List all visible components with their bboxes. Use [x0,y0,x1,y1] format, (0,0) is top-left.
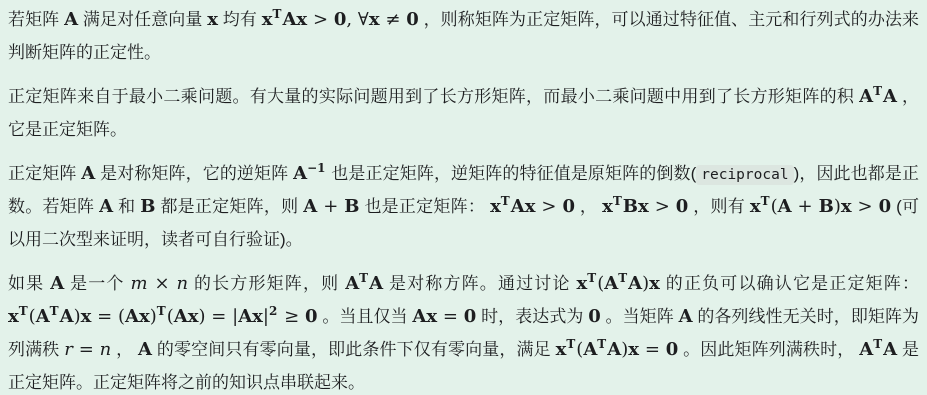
math-bold-run: B [140,196,155,217]
math-bold-run: x [369,9,380,30]
text-run: 如果 [8,274,50,293]
math-superscript: T [587,271,596,285]
text-run: 满足对任意向量 [78,10,207,29]
text-run: 都是正定矩阵，则 [155,197,303,216]
math-superscript: T [501,194,510,208]
text-run: 。因此矩阵列满秩时， [678,340,859,359]
math-bold-run: x [556,339,567,360]
math-run: = [437,306,464,327]
math-bold-run: 0 [588,306,601,327]
math-bold-run: Bx [623,196,649,217]
text-run: 。当矩阵 [601,307,679,326]
math-bold-run: 0 [666,339,679,360]
math-bold-run: A [859,339,873,360]
math-bold-run: 0 [562,196,575,217]
math-bold-run: 0 [305,306,318,327]
text-run: ， [111,340,138,359]
math-run: , ∀ [346,9,368,30]
text-run: 正定矩阵来自于最小二乘问题。有大量的实际问题用到了长方形矩阵，而最小二乘问题中用… [8,87,859,106]
math-bold-run: x [841,196,852,217]
math-bold-run: 0 [676,196,689,217]
math-run: = [639,339,666,360]
math-superscript: T [761,194,770,208]
text-run: 的零空间只有零向量，即此条件下仅有零向量，满足 [152,340,556,359]
math-run: ( [771,196,778,217]
math-bold-run: x [577,273,588,294]
math-bold-run: Ax [174,306,199,327]
math-superscript: T [873,337,882,351]
text-run: 的正负可以确认它是正定矩阵： [660,274,919,293]
math-italic-run: r [64,339,73,360]
text-run: 。当且仅当 [318,307,413,326]
math-italic-run: n [176,273,188,294]
math-bold-run: A [50,273,64,294]
text-run: ，则有 [688,197,750,216]
math-bold-run: A [883,86,897,107]
math-bold-run: A [81,163,95,184]
math-superscript: T [566,337,575,351]
math-bold-run: x [81,306,92,327]
math-bold-run: B [344,196,359,217]
math-superscript: T [273,7,282,21]
paragraph: 如果 A 是一个 m × n 的长方形矩阵，则 ATA 是对称方阵。通过讨论 x… [8,268,919,395]
math-superscript: T [359,271,368,285]
math-bold-run: 0 [879,196,892,217]
math-bold-run: x [262,9,273,30]
math-run: > [852,196,879,217]
math-superscript: T [873,84,882,98]
math-bold-run: Ax [282,9,307,30]
math-bold-run: A [883,339,897,360]
text-run: 是一个 [64,274,130,293]
math-bold-run: x [750,196,761,217]
text-run: 时，表达式为 [476,307,588,326]
math-run: = [73,339,100,360]
math-bold-run: x [207,9,218,30]
math-run: + [792,196,819,217]
math-run: ( [118,306,125,327]
math-bold-run: A [64,9,78,30]
math-run: = [205,306,232,327]
math-superscript: −1 [307,161,325,175]
text-run: 也是正定矩阵： [359,197,490,216]
math-run: × [148,273,177,294]
math-bold-run: A [60,306,74,327]
document: 若矩阵 A 满足对任意向量 x 均有 xTAx > 0, ∀x ≠ 0 ，则称矩… [0,0,927,395]
math-bold-run: A [628,273,642,294]
text-run: 也是正定矩阵，逆矩阵的特征值是原矩阵的倒数( [326,164,696,183]
math-bold-run: Ax [125,306,150,327]
math-italic-run: m [131,273,148,294]
inline-code: reciprocal [696,165,793,185]
math-bold-run: A [583,339,597,360]
text-run: ， [575,197,602,216]
math-bold-run: A [99,196,113,217]
paragraph: 若矩阵 A 满足对任意向量 x 均有 xTAx > 0, ∀x ≠ 0 ，则称矩… [8,4,919,69]
math-bold-run: A [778,196,792,217]
paragraph: 正定矩阵来自于最小二乘问题。有大量的实际问题用到了长方形矩阵，而最小二乘问题中用… [8,81,919,146]
math-bold-run: A [369,273,383,294]
math-run: ) [834,196,841,217]
math-run: ( [29,306,36,327]
math-bold-run: x [8,306,19,327]
math-bold-run: A [303,196,317,217]
math-bold-run: x [602,196,613,217]
math-bold-run: A [607,339,621,360]
math-run: ≥ [278,306,305,327]
math-superscript: T [597,337,606,351]
math-bold-run: A [138,339,152,360]
math-run: ( [167,306,174,327]
math-bold-run: Ax [412,306,437,327]
text-run: 正定矩阵 [8,164,81,183]
math-bold-run: x [649,273,660,294]
math-bold-run: x [490,196,501,217]
math-run: > [307,9,334,30]
text-run: 的长方形矩阵，则 [188,274,345,293]
math-bold-run: A [679,306,693,327]
math-bold-run: x [628,339,639,360]
math-bold-run: Ax [238,306,263,327]
text-run: 若矩阵 [8,10,64,29]
math-run: ) [74,306,81,327]
math-superscript: T [157,304,166,318]
math-run: + [317,196,344,217]
math-bold-run: 0 [334,9,347,30]
math-bold-run: A [345,273,359,294]
math-bold-run: A [293,163,307,184]
math-superscript: T [19,304,28,318]
math-superscript: T [50,304,59,318]
math-bold-run: B [819,196,834,217]
math-italic-run: n [100,339,112,360]
text-run: 和 [113,197,140,216]
math-run: ≠ [380,9,407,30]
math-bold-run: A [859,86,873,107]
math-run: > [649,196,676,217]
text-run: 均有 [218,10,262,29]
paragraph-list: 若矩阵 A 满足对任意向量 x 均有 xTAx > 0, ∀x ≠ 0 ，则称矩… [8,4,919,395]
paragraph: 正定矩阵 A 是对称矩阵，它的逆矩阵 A−1 也是正定矩阵，逆矩阵的特征值是原矩… [8,158,919,256]
math-bold-run: Ax [511,196,536,217]
math-run: > [535,196,562,217]
math-superscript: 2 [269,304,277,318]
math-bold-run: 0 [406,9,419,30]
math-superscript: T [613,194,622,208]
text-run: 是对称矩阵，它的逆矩阵 [95,164,293,183]
text-run: 是对称方阵。通过讨论 [383,274,576,293]
math-superscript: T [618,271,627,285]
math-bold-run: 0 [464,306,477,327]
math-run: ) [150,306,157,327]
math-bold-run: A [604,273,618,294]
math-run: = [91,306,118,327]
math-bold-run: A [36,306,50,327]
